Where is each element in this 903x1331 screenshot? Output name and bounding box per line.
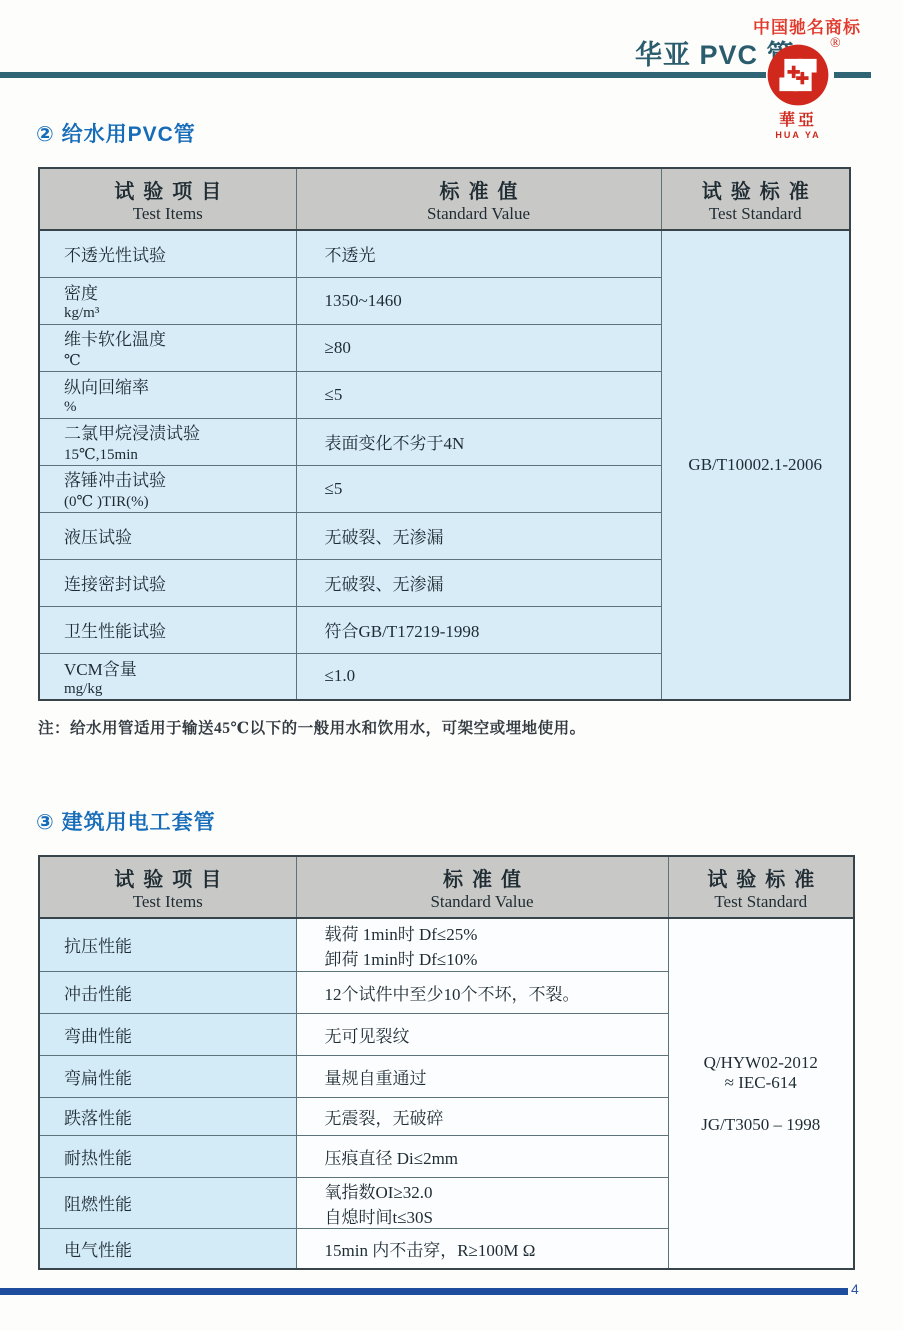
col-header-en: Standard Value — [297, 892, 668, 912]
test-item-label: 不透光性试验 — [64, 241, 296, 266]
standard-value-cell: 压痕直径 Di≤2mm — [296, 1135, 668, 1177]
col-header-cn: 试验标准 — [669, 863, 854, 892]
standard-value-cell: 不透光 — [296, 230, 661, 277]
test-item-cell: 连接密封试验 — [39, 559, 296, 606]
col-header-cn: 试验项目 — [40, 175, 296, 204]
test-item-cell: 卫生性能试验 — [39, 606, 296, 653]
test-item-cell: 二氯甲烷浸渍试验 15℃,15min — [39, 418, 296, 465]
test-item-cell: 液压试验 — [39, 512, 296, 559]
test-item-label: 密度 — [64, 279, 296, 304]
test-item-cell: 弯曲性能 — [39, 1013, 296, 1055]
test-item-cell: 跌落性能 — [39, 1097, 296, 1135]
test-item-label: VCM含量 — [64, 655, 296, 680]
col-header-cn: 标准值 — [297, 175, 661, 204]
standard-value-cell: 15min 内不击穿，R≥100M Ω — [296, 1228, 668, 1269]
test-standard-label: GB/T10002.1-2006 — [662, 455, 850, 475]
test-item-cell: 维卡软化温度 ℃ — [39, 324, 296, 371]
header-rule-dash — [834, 72, 871, 78]
test-item-cell: 耐热性能 — [39, 1135, 296, 1177]
test-item-label: 连接密封试验 — [64, 570, 296, 595]
section-title-electrical-conduit: ③ 建筑用电工套管 — [36, 806, 216, 836]
logo-english-text: HUA YA — [763, 130, 833, 140]
col-header-test-standard: 试验标准 Test Standard — [668, 856, 854, 918]
standard-value-cell: 无破裂、无渗漏 — [296, 559, 661, 606]
table-row: 不透光性试验 不透光 GB/T10002.1-2006 — [39, 230, 850, 277]
test-item-cell: 抗压性能 — [39, 918, 296, 971]
test-item-cell: 落锤冲击试验 (0℃ )TIR(%) — [39, 465, 296, 512]
test-item-unit: kg/m³ — [64, 305, 296, 322]
document-page: 中国驰名商标 华亚 PVC 管 ® 華亞 HUA YA ② 给水用PVC管 试验… — [0, 0, 903, 1331]
col-header-cn: 试验项目 — [40, 863, 296, 892]
table-row: 抗压性能 载荷 1min时 Df≤25% 卸荷 1min时 Df≤10% Q/H… — [39, 918, 854, 971]
standard-value-cell: 载荷 1min时 Df≤25% 卸荷 1min时 Df≤10% — [296, 918, 668, 971]
col-header-cn: 试验标准 — [662, 175, 850, 204]
col-header-en: Test Standard — [669, 892, 854, 912]
standard-value-cell: 无可见裂纹 — [296, 1013, 668, 1055]
test-item-label: 落锤冲击试验 — [64, 466, 296, 491]
standard-value-cell: 表面变化不劣于4N — [296, 418, 661, 465]
test-item-unit: % — [64, 399, 296, 416]
test-item-cell: 冲击性能 — [39, 971, 296, 1013]
standard-value-cell: 无震裂，无破碎 — [296, 1097, 668, 1135]
test-item-cell: 不透光性试验 — [39, 230, 296, 277]
conduit-spec-table: 试验项目 Test Items 标准值 Standard Value 试验标准 … — [38, 855, 855, 1270]
col-header-test-standard: 试验标准 Test Standard — [661, 168, 850, 230]
standard-value-cell: 12个试件中至少10个不坏，不裂。 — [296, 971, 668, 1013]
water-pipe-spec-table: 试验项目 Test Items 标准值 Standard Value 试验标准 … — [38, 167, 851, 701]
standard-value-line: 自熄时间t≤30S — [325, 1203, 668, 1228]
test-item-unit: (0℃ )TIR(%) — [64, 492, 296, 511]
test-item-cell: 阻燃性能 — [39, 1177, 296, 1228]
standard-value-cell: ≤1.0 — [296, 653, 661, 700]
test-item-label: 维卡软化温度 — [64, 325, 296, 350]
test-item-cell: 弯扁性能 — [39, 1055, 296, 1097]
test-standard-label: JG/T3050 – 1998 — [669, 1115, 854, 1135]
test-item-label: 液压试验 — [64, 523, 296, 548]
test-item-label: 二氯甲烷浸渍试验 — [64, 419, 296, 444]
col-header-standard-value: 标准值 Standard Value — [296, 168, 661, 230]
col-header-en: Test Items — [40, 204, 296, 224]
table-header-row: 试验项目 Test Items 标准值 Standard Value 试验标准 … — [39, 856, 854, 918]
test-item-unit: mg/kg — [64, 681, 296, 698]
table-footnote: 注：给水用管适用于输送45℃以下的一般用水和饮用水，可架空或埋地使用。 — [38, 716, 838, 738]
test-standard-cell: GB/T10002.1-2006 — [661, 230, 850, 700]
standard-value-cell: 1350~1460 — [296, 277, 661, 324]
standard-value-cell: 无破裂、无渗漏 — [296, 512, 661, 559]
test-standard-label: ≈ IEC-614 — [669, 1073, 854, 1093]
header-rule — [0, 72, 766, 78]
col-header-en: Standard Value — [297, 204, 661, 224]
standard-value-line: 卸荷 1min时 Df≤10% — [325, 945, 668, 970]
col-header-cn: 标准值 — [297, 863, 668, 892]
footer-bar — [0, 1288, 848, 1295]
table-header-row: 试验项目 Test Items 标准值 Standard Value 试验标准 … — [39, 168, 850, 230]
standard-value-cell: 符合GB/T17219-1998 — [296, 606, 661, 653]
huaya-logo-icon — [767, 44, 829, 106]
standard-value-line: 氧指数OI≥32.0 — [325, 1178, 668, 1203]
standard-value-line: 载荷 1min时 Df≤25% — [325, 920, 668, 945]
standard-value-cell: 量规自重通过 — [296, 1055, 668, 1097]
col-header-en: Test Items — [40, 892, 296, 912]
test-item-cell: 密度 kg/m³ — [39, 277, 296, 324]
col-header-test-items: 试验项目 Test Items — [39, 168, 296, 230]
test-standard-label: Q/HYW02-2012 — [669, 1053, 854, 1073]
company-logo: 華亞 HUA YA — [763, 44, 833, 140]
page-number: 4 — [851, 1281, 859, 1297]
logo-chinese-text: 華亞 — [763, 107, 833, 130]
test-item-label: 卫生性能试验 — [64, 617, 296, 642]
standard-value-cell: ≥80 — [296, 324, 661, 371]
test-item-label: 纵向回缩率 — [64, 373, 296, 398]
col-header-standard-value: 标准值 Standard Value — [296, 856, 668, 918]
standard-value-cell: ≤5 — [296, 371, 661, 418]
test-item-unit: 15℃,15min — [64, 445, 296, 464]
section-title-water-pipe: ② 给水用PVC管 — [36, 118, 196, 148]
col-header-en: Test Standard — [662, 204, 850, 224]
test-item-unit: ℃ — [64, 351, 296, 370]
test-standard-cell: Q/HYW02-2012 ≈ IEC-614 JG/T3050 – 1998 — [668, 918, 854, 1269]
test-item-cell: 电气性能 — [39, 1228, 296, 1269]
standard-value-cell: ≤5 — [296, 465, 661, 512]
test-item-cell: VCM含量 mg/kg — [39, 653, 296, 700]
test-item-cell: 纵向回缩率 % — [39, 371, 296, 418]
spacer — [669, 1093, 854, 1115]
col-header-test-items: 试验项目 Test Items — [39, 856, 296, 918]
standard-value-cell: 氧指数OI≥32.0 自熄时间t≤30S — [296, 1177, 668, 1228]
